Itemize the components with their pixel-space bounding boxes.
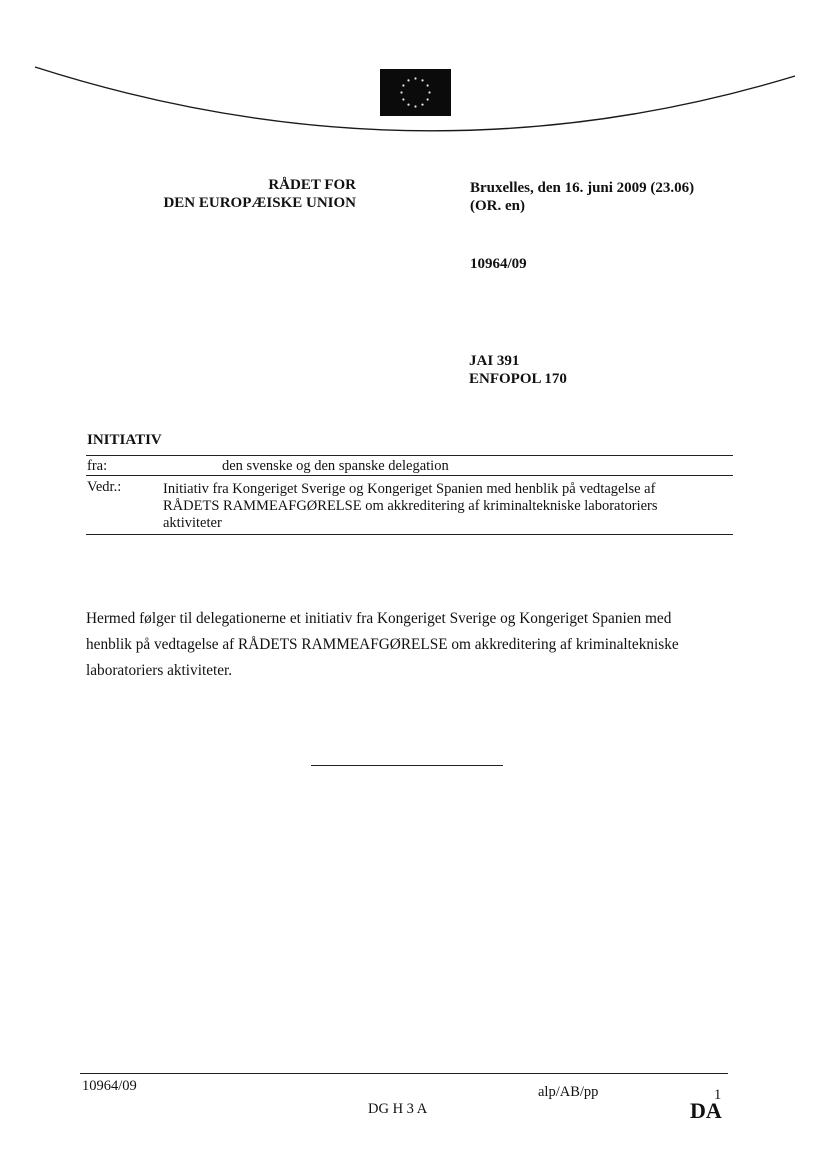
date-block: Bruxelles, den 16. juni 2009 (23.06) (OR… [470, 179, 694, 215]
code-jai: JAI 391 [469, 352, 567, 370]
section-heading: INITIATIV [87, 431, 162, 449]
rule-under-from [86, 475, 733, 476]
body-line: henblik på vedtagelse af RÅDETS RAMMEAFG… [86, 632, 736, 658]
eu-flag-icon [380, 69, 451, 116]
issuer-line1: RÅDET FOR [140, 176, 356, 194]
doc-number: 10964/09 [470, 255, 527, 273]
codes-block: JAI 391 ENFOPOL 170 [469, 352, 567, 388]
from-label: fra: [87, 458, 107, 475]
body-paragraph: Hermed følger til delegationerne et init… [86, 606, 736, 684]
code-enfopol: ENFOPOL 170 [469, 370, 567, 388]
subject-value: Initiativ fra Kongeriget Sverige og Kong… [163, 481, 733, 532]
stars-circle-icon [380, 69, 451, 116]
subject-line: RÅDETS RAMMEAFGØRELSE om akkreditering a… [163, 498, 733, 515]
from-value: den svenske og den spanske delegation [222, 458, 449, 475]
footer-initials: alp/AB/pp [538, 1084, 598, 1101]
subject-line: aktiviteter [163, 515, 733, 532]
body-line: laboratoriers aktiviteter. [86, 658, 736, 684]
footer-doc-number: 10964/09 [82, 1078, 137, 1095]
issuer-block: RÅDET FOR DEN EUROPÆISKE UNION [140, 176, 356, 212]
footer-rule [80, 1073, 728, 1074]
rule-under-heading [86, 455, 733, 456]
issuer-line2: DEN EUROPÆISKE UNION [140, 194, 356, 212]
rule-under-subject [86, 534, 733, 535]
date-line: Bruxelles, den 16. juni 2009 (23.06) [470, 179, 694, 197]
end-separator [311, 765, 503, 766]
footer-language-code: DA [690, 1098, 722, 1124]
original-language: (OR. en) [470, 197, 694, 215]
footer-directorate: DG H 3 A [368, 1101, 427, 1118]
subject-line: Initiativ fra Kongeriget Sverige og Kong… [163, 481, 733, 498]
body-line: Hermed følger til delegationerne et init… [86, 606, 736, 632]
subject-label: Vedr.: [87, 479, 121, 496]
